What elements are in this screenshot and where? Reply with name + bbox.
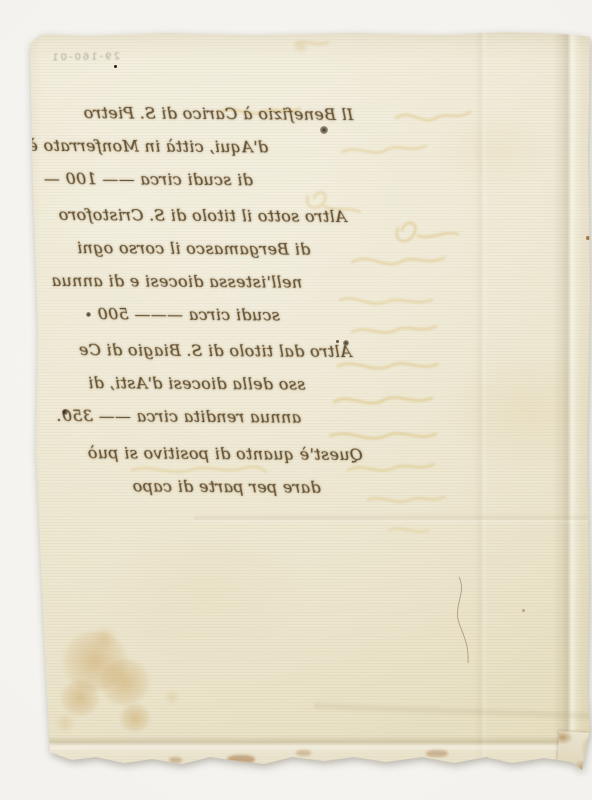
bottom-edge-flap: [24, 744, 590, 768]
ink-line: annua rendita circa —— 350.: [51, 399, 301, 434]
faint-ink-trace: [352, 326, 436, 333]
foxing-stain: [164, 690, 180, 704]
edge-speck: [586, 236, 590, 240]
ink-line: Il Benefizio à Carico di S. Pietro: [53, 96, 353, 131]
vertical-fold-crease: [553, 30, 583, 770]
foxing-stain: [91, 626, 119, 650]
diagonal-crease: [314, 701, 590, 721]
paper-sheet: 29-160-01 Il Benefizio à Carico di S. Pi…: [24, 30, 590, 770]
ink-line: di scudi circa —— 100 —: [53, 162, 253, 196]
ink-paragraph: Altro sotto il titolo di S. Cristoforo d…: [52, 198, 353, 332]
ink-paragraph: Quest'è quanto di positivo si può dare p…: [51, 436, 351, 504]
bottom-edge-smudge: [426, 750, 448, 757]
ink-line: d'Aqui, città in Monferrato è: [53, 129, 268, 164]
manuscript-page: 29-160-01 Il Benefizio à Carico di S. Pi…: [24, 30, 590, 770]
faint-ink-trace: [340, 298, 432, 303]
bottom-edge-smudge: [227, 755, 255, 764]
ink-line: nell'istessa diocesi e di annua: [52, 264, 302, 299]
faint-ink-trace: [397, 223, 458, 241]
faint-ink-trace: [296, 42, 328, 44]
vertical-crease-faint: [474, 30, 488, 770]
ink-blot: [62, 409, 68, 415]
paper-fiber-crease: [457, 577, 468, 663]
ink-line: Altro sotto il titolo di S. Cristoforo: [52, 198, 346, 233]
faint-ink-trace: [396, 112, 470, 120]
foxing-stain: [60, 680, 100, 716]
worn-corner-tab: [557, 731, 591, 775]
ink-line: Altro dal titolo di S. Biagio di Ce: [52, 333, 352, 368]
ink-showthrough-text: Il Benefizio à Carico di S. Pietro d'Aqu…: [51, 96, 354, 507]
faint-ink-trace: [342, 146, 426, 153]
foxing-stain: [119, 704, 151, 732]
scanner-bed: 29-160-01 Il Benefizio à Carico di S. Pi…: [0, 0, 592, 800]
speck: [522, 609, 525, 612]
ink-line: dare per parte di capo: [51, 469, 321, 504]
bottom-edge-smudge: [296, 750, 311, 756]
archival-number-pencil: 29-160-01: [28, 51, 120, 69]
ink-line: sso della diocesi d'Asti, di: [51, 366, 305, 401]
faint-ink-trace: [352, 258, 444, 264]
ink-line: Quest'è quanto di positivo si può: [51, 436, 363, 471]
horizontal-crease: [194, 514, 590, 524]
ink-blot: [343, 340, 349, 346]
ink-paragraph: Il Benefizio à Carico di S. Pietro d'Aqu…: [53, 96, 354, 197]
bottom-edge-smudge: [169, 757, 182, 763]
top-edge-stain: [292, 41, 310, 53]
ink-line: di Bergamasco il corso ogni: [52, 231, 310, 266]
faint-ink-trace: [390, 528, 428, 531]
ink-paragraph: Altro dal titolo di S. Biagio di Ce sso …: [51, 333, 352, 434]
foxing-stain: [61, 631, 129, 691]
ink-blot: [86, 312, 91, 317]
foxing-stain: [53, 713, 77, 733]
faint-ink-trace: [368, 497, 444, 502]
ink-blot: [320, 126, 328, 134]
foxing-stain: [99, 659, 151, 705]
faint-ink-trace: [338, 363, 438, 368]
